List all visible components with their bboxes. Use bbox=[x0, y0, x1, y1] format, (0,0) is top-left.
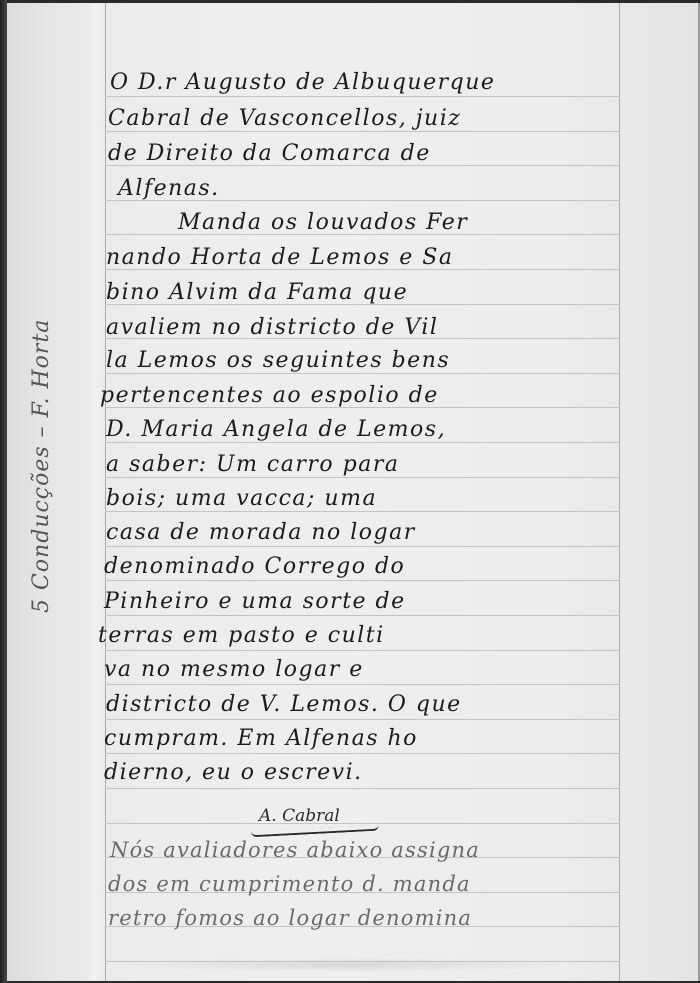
ruling-line bbox=[105, 753, 620, 754]
manuscript-line: de Direito da Comarca de bbox=[108, 141, 431, 166]
manuscript-line: casa de morada no logar bbox=[106, 520, 416, 545]
ruling-line bbox=[105, 477, 620, 478]
ruling-line bbox=[105, 96, 620, 97]
ruling-line bbox=[105, 719, 620, 720]
manuscript-line: Manda os louvados Fer bbox=[178, 210, 468, 235]
ruling-line bbox=[105, 615, 620, 616]
signature: A. Cabral bbox=[259, 806, 340, 826]
manuscript-line: Nós avaliadores abaixo assigna bbox=[110, 838, 480, 862]
ruling-line bbox=[105, 788, 620, 789]
signature-flourish bbox=[251, 825, 379, 838]
manuscript-line: retro fomos ao logar denomina bbox=[108, 906, 472, 930]
manuscript-line: avaliem no districto de Vil bbox=[106, 315, 438, 340]
manuscript-line: Pinheiro e uma sorte de bbox=[104, 589, 406, 614]
ruling-line bbox=[105, 131, 620, 132]
ruling-line bbox=[105, 823, 620, 824]
ruling-line bbox=[105, 580, 620, 581]
margin-note: 5 Conducções – F. Horta bbox=[29, 319, 54, 613]
page-fold-highlight bbox=[87, 3, 103, 981]
manuscript-line: bois; uma vacca; uma bbox=[106, 486, 377, 511]
manuscript-line: D. Maria Angela de Lemos, bbox=[106, 417, 446, 442]
ruling-line bbox=[105, 546, 620, 547]
ruling-line bbox=[105, 511, 620, 512]
manuscript-page: 5 Conducções – F. Horta O D.r Augusto de… bbox=[7, 3, 700, 981]
manuscript-line: denominado Corrego do bbox=[104, 554, 405, 579]
manuscript-line: va no mesmo logar e bbox=[104, 657, 364, 682]
manuscript-line: Cabral de Vasconcellos, juiz bbox=[108, 106, 461, 131]
manuscript-line: Alfenas. bbox=[118, 176, 220, 201]
manuscript-line: bino Alvim da Fama que bbox=[106, 280, 408, 305]
manuscript-line: O D.r Augusto de Albuquerque bbox=[110, 70, 495, 95]
manuscript-line: cumpram. Em Alfenas ho bbox=[104, 726, 418, 751]
manuscript-line: pertencentes ao espolio de bbox=[100, 383, 439, 408]
ruling-line bbox=[105, 650, 620, 651]
manuscript-line: terras em pasto e culti bbox=[98, 623, 385, 648]
manuscript-line: dierno, eu o escrevi. bbox=[104, 760, 363, 785]
ruling-line bbox=[105, 442, 620, 443]
ruling-line bbox=[105, 684, 620, 685]
manuscript-line: districto de V. Lemos. O que bbox=[106, 692, 462, 717]
manuscript-line: nando Horta de Lemos e Sa bbox=[106, 245, 454, 270]
manuscript-line: dos em cumprimento d. manda bbox=[108, 872, 471, 896]
right-margin-rule bbox=[619, 3, 620, 981]
manuscript-line: a saber: Um carro para bbox=[106, 452, 399, 477]
manuscript-line: la Lemos os seguintes bens bbox=[106, 348, 450, 373]
smudge-mark bbox=[127, 958, 567, 972]
ruling-line bbox=[105, 373, 620, 374]
binding-shadow bbox=[0, 0, 7, 983]
